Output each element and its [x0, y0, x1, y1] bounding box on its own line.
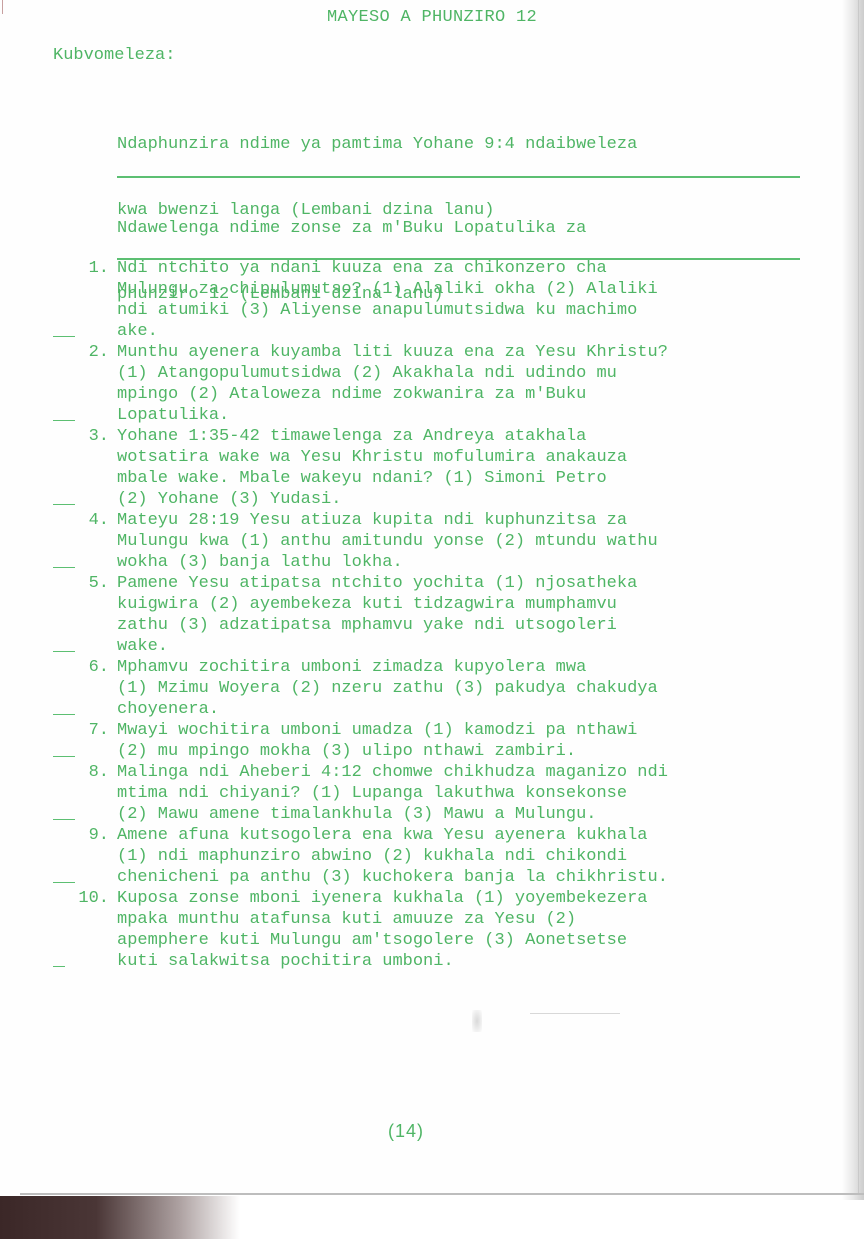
question-line: mtima ndi chiyani? (1) Lupanga lakuthwa …	[117, 783, 668, 804]
question-item: 2.Munthu ayenera kuyamba liti kuuza ena …	[53, 342, 813, 426]
question-line: (1) Atangopulumutsidwa (2) Akakhala ndi …	[117, 363, 668, 384]
question-line: kuigwira (2) ayembekeza kuti tidzagwira …	[117, 594, 637, 615]
question-item: 1.Ndi ntchito ya ndani kuuza ena za chik…	[53, 258, 813, 342]
question-item: 7.Mwayi wochitira umboni umadza (1) kamo…	[53, 720, 813, 762]
answer-blank[interactable]	[53, 819, 75, 820]
question-number-label: 10.	[78, 888, 109, 909]
question-line: Mphamvu zochitira umboni zimadza kupyole…	[117, 657, 658, 678]
question-line: (2) Yohane (3) Yudasi.	[117, 489, 627, 510]
binding-shadow	[842, 0, 864, 1200]
page-right-edge	[858, 0, 859, 1195]
question-line: Mulungu za chipulumutso? (1) Alaliki okh…	[117, 279, 658, 300]
statement-line: Ndawelenga ndime zonse za m'Buku Lopatul…	[117, 218, 586, 240]
question-text: Amene afuna kutsogolera ena kwa Yesu aye…	[117, 825, 668, 888]
question-number-label: 3.	[89, 426, 109, 447]
question-text: Yohane 1:35-42 timawelenga za Andreya at…	[117, 426, 627, 510]
question-line: (2) Mawu amene timalankhula (3) Mawu a M…	[117, 804, 668, 825]
question-line: Munthu ayenera kuyamba liti kuuza ena za…	[117, 342, 668, 363]
question-line: mpaka munthu atafunsa kuti amuuze za Yes…	[117, 909, 648, 930]
question-line: Yohane 1:35-42 timawelenga za Andreya at…	[117, 426, 627, 447]
question-number: 4.	[53, 510, 117, 573]
question-line: wokha (3) banja lathu lokha.	[117, 552, 658, 573]
answer-blank[interactable]	[53, 504, 75, 505]
question-number-label: 5.	[89, 573, 109, 594]
question-number: 10.	[53, 888, 117, 972]
question-line: wake.	[117, 636, 637, 657]
question-line: Ndi ntchito ya ndani kuuza ena za chikon…	[117, 258, 658, 279]
question-item: 10.Kuposa zonse mboni iyenera kukhala (1…	[53, 888, 813, 972]
question-text: Pamene Yesu atipatsa ntchito yochita (1)…	[117, 573, 637, 657]
question-number: 2.	[53, 342, 117, 426]
question-line: choyenera.	[117, 699, 658, 720]
question-line: kuti salakwitsa pochitira umboni.	[117, 951, 648, 972]
background-shadow	[0, 1196, 240, 1239]
question-item: 3.Yohane 1:35-42 timawelenga za Andreya …	[53, 426, 813, 510]
question-line: (1) Mzimu Woyera (2) nzeru zathu (3) pak…	[117, 678, 658, 699]
page-number: (14)	[388, 1121, 424, 1142]
question-line: mbale wake. Mbale wakeyu ndani? (1) Simo…	[117, 468, 627, 489]
question-line: apemphere kuti Mulungu am'tsogolere (3) …	[117, 930, 648, 951]
page-bottom-edge	[20, 1193, 864, 1195]
question-item: 4.Mateyu 28:19 Yesu atiuza kupita ndi ku…	[53, 510, 813, 573]
question-number: 9.	[53, 825, 117, 888]
question-text: Mateyu 28:19 Yesu atiuza kupita ndi kuph…	[117, 510, 658, 573]
question-number: 6.	[53, 657, 117, 720]
answer-blank[interactable]	[53, 714, 75, 715]
page-title: MAYESO A PHUNZIRO 12	[0, 8, 864, 27]
answer-blank[interactable]	[53, 336, 75, 337]
question-item: 9.Amene afuna kutsogolera ena kwa Yesu a…	[53, 825, 813, 888]
statement-line: Ndaphunzira ndime ya pamtima Yohane 9:4 …	[117, 134, 637, 156]
question-item: 5.Pamene Yesu atipatsa ntchito yochita (…	[53, 573, 813, 657]
question-line: mpingo (2) Ataloweza ndime zokwanira za …	[117, 384, 668, 405]
question-number-label: 6.	[89, 657, 109, 678]
question-line: Pamene Yesu atipatsa ntchito yochita (1)…	[117, 573, 637, 594]
question-number: 7.	[53, 720, 117, 762]
question-line: zathu (3) adzatipatsa mphamvu yake ndi u…	[117, 615, 637, 636]
question-number-label: 9.	[89, 825, 109, 846]
paper-mark	[530, 1013, 620, 1014]
question-line: Mwayi wochitira umboni umadza (1) kamodz…	[117, 720, 637, 741]
question-text: Malinga ndi Aheberi 4:12 chomwe chikhudz…	[117, 762, 668, 825]
question-text: Ndi ntchito ya ndani kuuza ena za chikon…	[117, 258, 658, 342]
instructions-label: Kubvomeleza:	[53, 46, 175, 65]
question-line: Lopatulika.	[117, 405, 668, 426]
question-number: 8.	[53, 762, 117, 825]
question-line: (1) ndi maphunziro abwino (2) kukhala nd…	[117, 846, 668, 867]
answer-blank[interactable]	[53, 882, 75, 883]
answer-blank[interactable]	[53, 966, 65, 967]
question-item: 8.Malinga ndi Aheberi 4:12 chomwe chikhu…	[53, 762, 813, 825]
question-line: Amene afuna kutsogolera ena kwa Yesu aye…	[117, 825, 668, 846]
answer-blank[interactable]	[53, 651, 75, 652]
question-number: 5.	[53, 573, 117, 657]
question-text: Kuposa zonse mboni iyenera kukhala (1) y…	[117, 888, 648, 972]
question-line: Malinga ndi Aheberi 4:12 chomwe chikhudz…	[117, 762, 668, 783]
question-number: 3.	[53, 426, 117, 510]
question-line: ake.	[117, 321, 658, 342]
answer-blank[interactable]	[53, 420, 75, 421]
question-number-label: 7.	[89, 720, 109, 741]
question-line: (2) mu mpingo mokha (3) ulipo nthawi zam…	[117, 741, 637, 762]
question-line: Mateyu 28:19 Yesu atiuza kupita ndi kuph…	[117, 510, 658, 531]
question-number: 1.	[53, 258, 117, 342]
question-text: Munthu ayenera kuyamba liti kuuza ena za…	[117, 342, 668, 426]
question-line: wotsatira wake wa Yesu Khristu mofulumir…	[117, 447, 627, 468]
question-item: 6.Mphamvu zochitira umboni zimadza kupyo…	[53, 657, 813, 720]
question-number-label: 4.	[89, 510, 109, 531]
question-line: Mulungu kwa (1) anthu amitundu yonse (2)…	[117, 531, 658, 552]
answer-blank[interactable]	[53, 756, 75, 757]
paper-smudge	[472, 1010, 482, 1032]
question-text: Mphamvu zochitira umboni zimadza kupyole…	[117, 657, 658, 720]
question-line: ndi atumiki (3) Aliyense anapulumutsidwa…	[117, 300, 658, 321]
answer-blank[interactable]	[53, 567, 75, 568]
question-number-label: 8.	[89, 762, 109, 783]
question-line: chenicheni pa anthu (3) kuchokera banja …	[117, 867, 668, 888]
question-number-label: 2.	[89, 342, 109, 363]
question-number-label: 1.	[89, 258, 109, 279]
question-text: Mwayi wochitira umboni umadza (1) kamodz…	[117, 720, 637, 762]
question-list: 1.Ndi ntchito ya ndani kuuza ena za chik…	[53, 258, 813, 972]
question-line: Kuposa zonse mboni iyenera kukhala (1) y…	[117, 888, 648, 909]
